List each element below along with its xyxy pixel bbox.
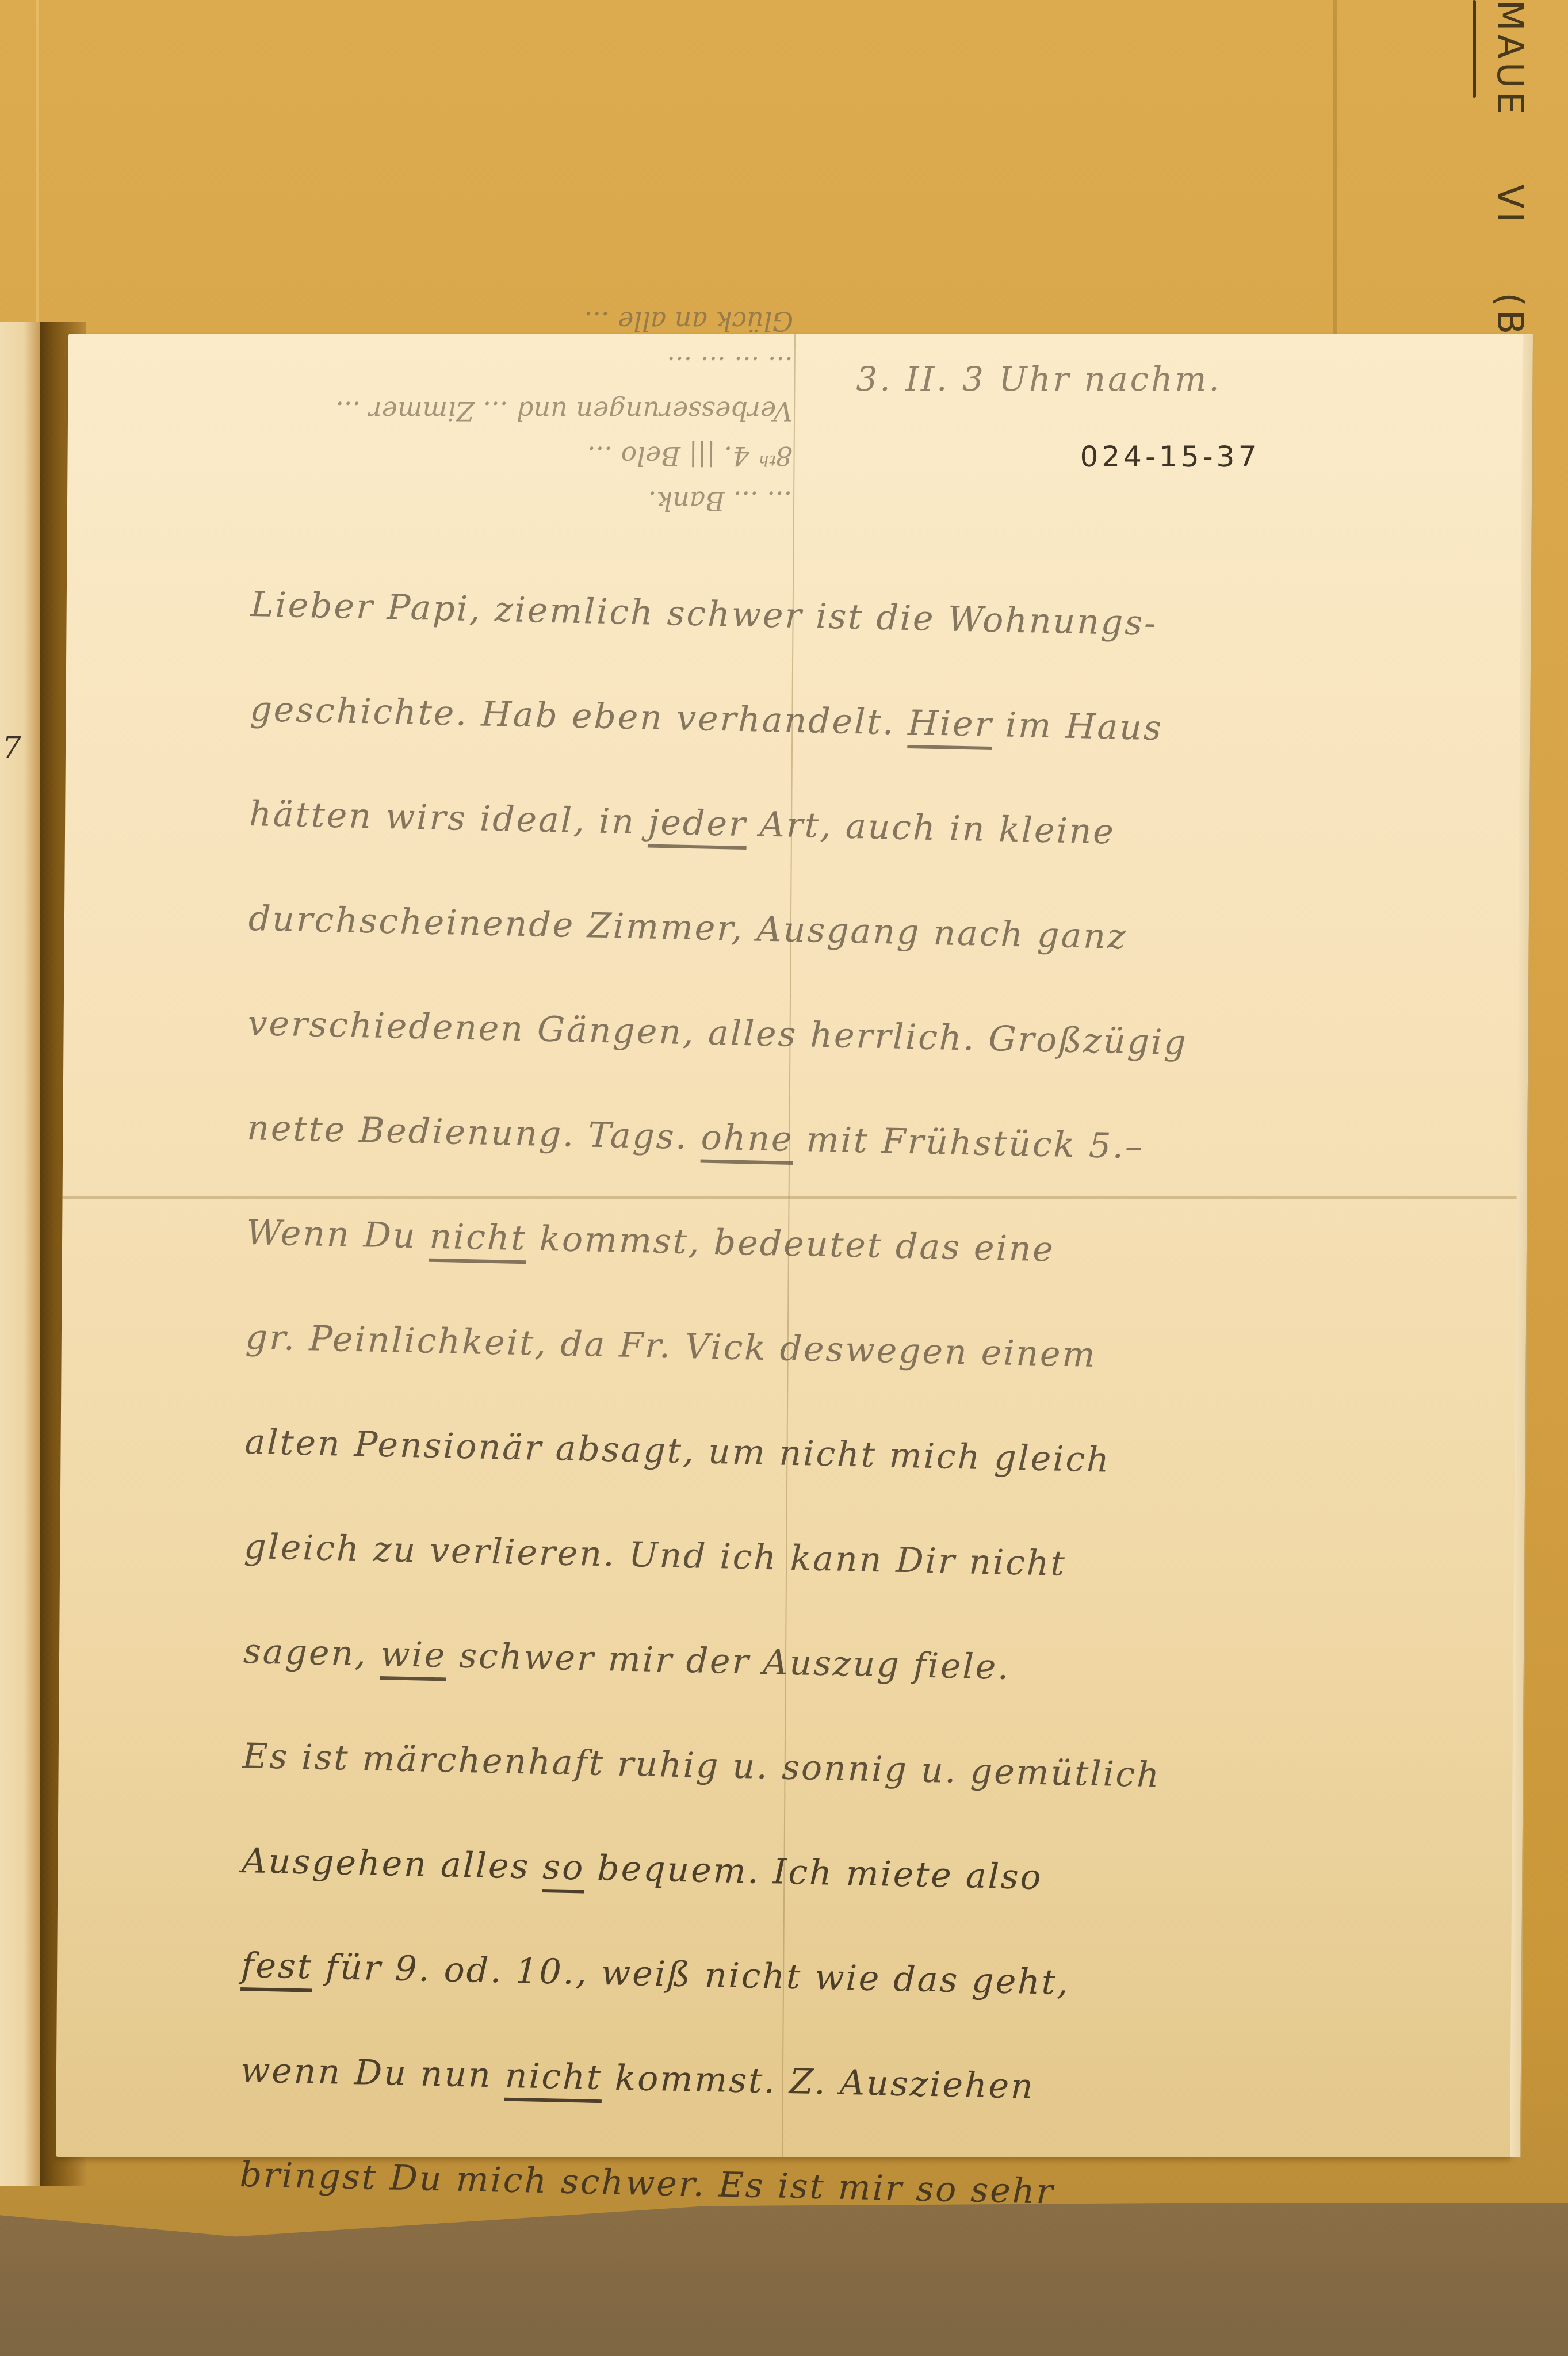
underlined-word: fest bbox=[240, 1945, 313, 1987]
folder-crease-left bbox=[36, 0, 39, 322]
underlined-word: so bbox=[542, 1847, 585, 1888]
letter-sheet: ... ... Bank. 8ᵗʰ 4. ||| Belo ... Verbes… bbox=[56, 334, 1524, 2157]
previous-pages-stack: 7 bbox=[0, 322, 42, 2186]
postscript-line: 8ᵗʰ 4. ||| Belo ... bbox=[102, 434, 793, 479]
letter-date: 3. II. 3 Uhr nachm. bbox=[856, 359, 1222, 399]
underlined-word: jeder bbox=[648, 802, 748, 845]
underlined-word: ohne bbox=[701, 1118, 794, 1160]
underlined-word: Hier bbox=[907, 703, 993, 745]
folder-label-name: MAUE bbox=[1489, 0, 1531, 117]
postscript-line: ... ... Bank. bbox=[102, 479, 793, 523]
postscript-line: Glück an alle ... bbox=[103, 299, 794, 344]
underlined-word: nicht bbox=[429, 1217, 527, 1259]
underlined-word: nicht bbox=[504, 2056, 603, 2098]
postscript-line: Verbesserungen und ... Zimmer ... bbox=[102, 389, 793, 434]
postscript-line: ... ... ... ... bbox=[102, 344, 793, 389]
folder-flap-crease bbox=[1333, 0, 1337, 345]
table-surface bbox=[0, 2203, 1568, 2356]
archive-photo-scene: MAUE VI (BERLIN JAN.-MÄRZ 1927) 7 ... ..… bbox=[0, 0, 1568, 2356]
sheet-stack-edge bbox=[1510, 334, 1534, 2157]
folder-label-volume: VI bbox=[1489, 184, 1531, 226]
upside-down-postscript: ... ... Bank. 8ᵗʰ 4. ||| Belo ... Verbes… bbox=[102, 339, 793, 523]
letter-body: Lieber Papi, ziemlich schwer ist die Woh… bbox=[239, 552, 1505, 2227]
left-page-mark: 7 bbox=[2, 730, 21, 765]
archive-number: 024-15-37 bbox=[1080, 440, 1260, 473]
underlined-word: wie bbox=[380, 1634, 447, 1676]
